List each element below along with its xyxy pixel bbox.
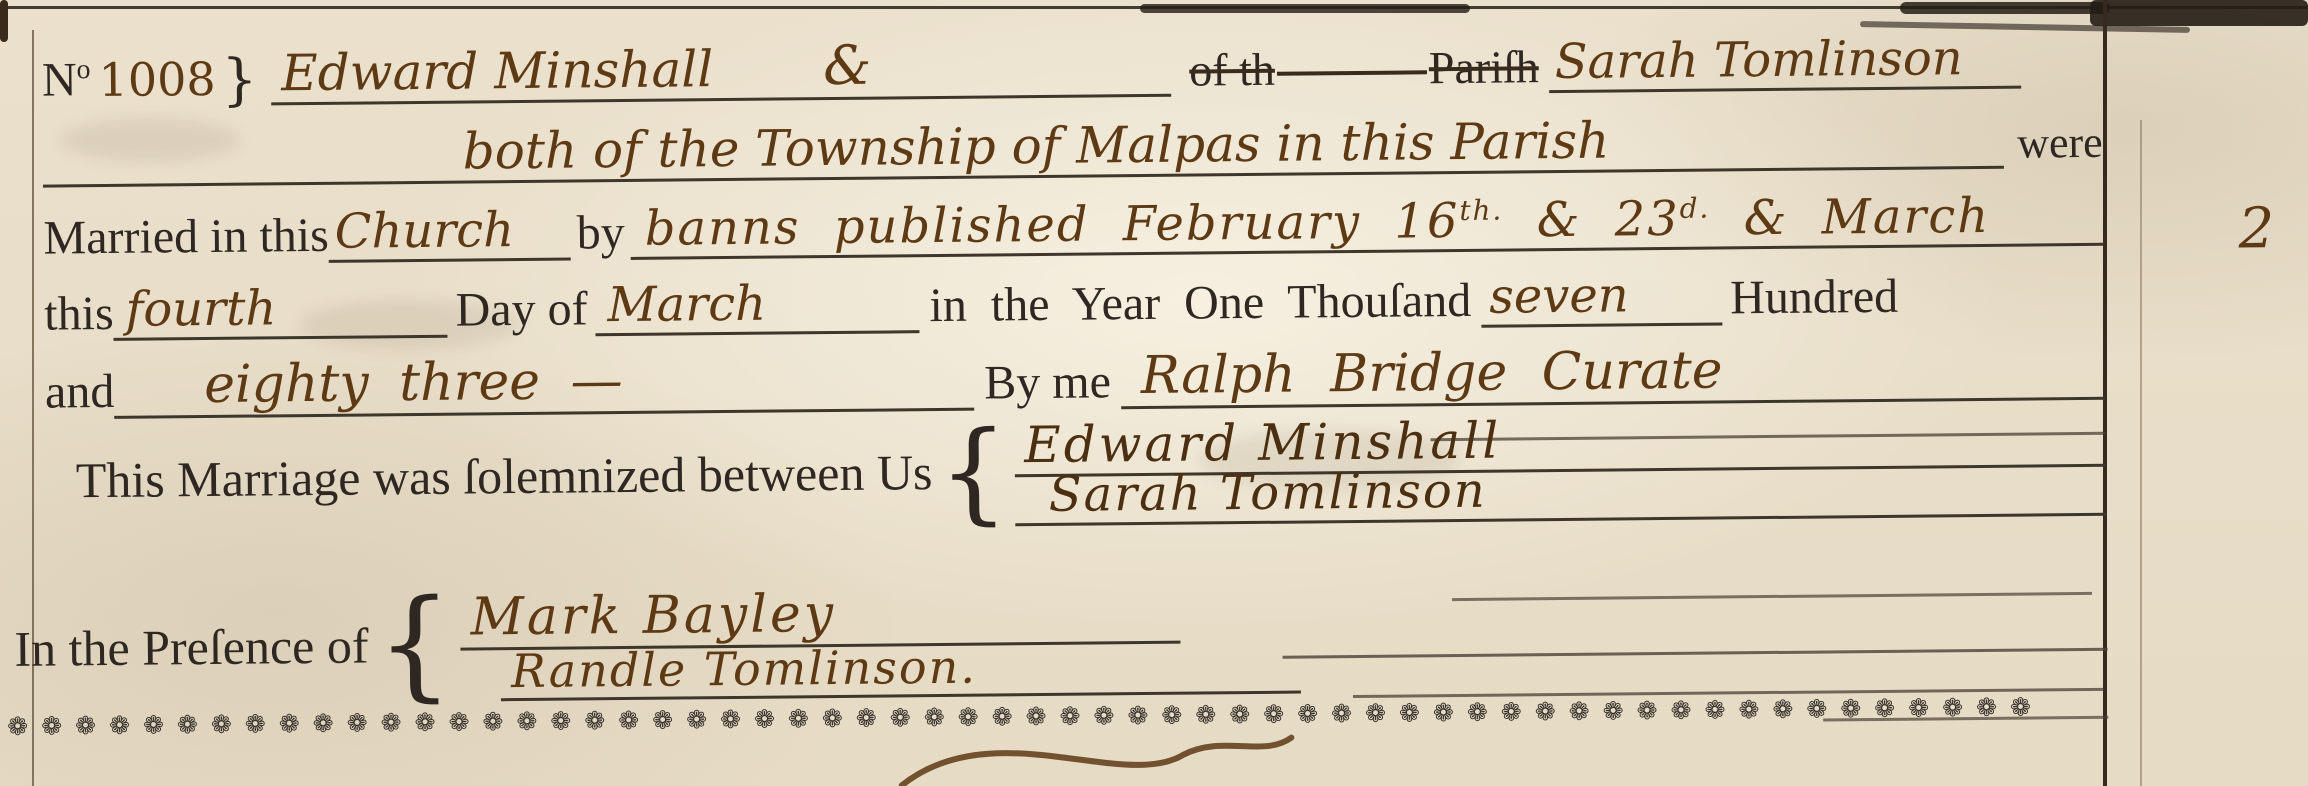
- handwriting-flourish: [883, 724, 1304, 786]
- day-handwriting: fourth: [125, 280, 276, 337]
- banns-text-start: banns published February 16: [644, 193, 1459, 257]
- printed-and: and: [45, 364, 115, 420]
- banns-text-end: & March: [1710, 188, 1990, 247]
- signatures-brace: {: [938, 422, 1009, 522]
- century-blank: seven: [1481, 266, 1723, 327]
- entry-number-sup: o: [76, 54, 90, 85]
- strike-line: [1277, 70, 1427, 75]
- bride-signature: Sarah Tomlinson: [1048, 463, 1487, 523]
- printed-parish-struck: Pariſh: [1429, 40, 1539, 94]
- century-handwriting: seven: [1489, 267, 1629, 324]
- handwriting-flourish-mark: &: [823, 34, 872, 97]
- entry-line-witnesses: In the Preſence of { Mark Bayley Randle …: [14, 578, 1415, 705]
- register-entry: No 1008 } Edward Minshall & of th Pariſh…: [0, 0, 2308, 786]
- printed-by: by: [577, 205, 626, 260]
- witness1-signature: Mark Bayley: [470, 584, 836, 648]
- witness2-signature: Randle Tomlinson.: [511, 640, 977, 698]
- place-handwriting: Church: [334, 202, 514, 260]
- entry-line-names: No 1008 } Edward Minshall & of th Pariſh…: [42, 14, 2103, 108]
- witnesses-brace: {: [376, 591, 453, 700]
- place-blank: Church: [328, 202, 571, 263]
- witness2-blank: Randle Tomlinson.: [501, 637, 1302, 702]
- marriage-register-scan: No 1008 } Edward Minshall & of th Pariſh…: [0, 0, 2308, 786]
- residence-handwriting: both of the Township of Malpas in this P…: [462, 112, 1609, 181]
- bride-name-blank: Sarah Tomlinson: [1548, 30, 2021, 94]
- banns-superscript-th: th.: [1459, 194, 1503, 227]
- couple-signatures: Edward Minshall Sarah Tomlinson: [1014, 406, 2106, 526]
- banns-text-mid: & 23: [1503, 191, 1680, 249]
- bride-name-handwriting: Sarah Tomlinson: [1554, 30, 1963, 90]
- day-blank: fourth: [113, 279, 448, 341]
- blank-rule: [1452, 592, 2092, 601]
- printed-this: this: [44, 286, 114, 342]
- printed-married-in-this: Married in this: [43, 208, 329, 266]
- month-blank: March: [595, 274, 920, 336]
- banns-superscript-d: d.: [1679, 192, 1710, 225]
- entry-number-n: N: [42, 53, 77, 106]
- entry-line-solemnized: This Marriage was ſolemnized between Us …: [75, 406, 2106, 535]
- year-words-blank: eighty three —: [114, 348, 975, 419]
- groom-name-blank: Edward Minshall &: [271, 31, 1172, 106]
- entry-number-brace: }: [221, 55, 257, 106]
- bride-signature-blank: Sarah Tomlinson: [1014, 457, 2106, 526]
- year-words-handwriting: eighty three —: [204, 351, 623, 415]
- witness-signatures: Mark Bayley Randle Tomlinson.: [460, 578, 1415, 701]
- printed-in-the-presence-of: In the Preſence of: [14, 616, 369, 677]
- printed-year-one-thousand: in the Year One Thouſand: [929, 273, 1471, 333]
- banns-date-overflow-digit: 2: [2238, 196, 2274, 261]
- printed-hundred: Hundred: [1730, 269, 1898, 326]
- officiant-blank: Ralph Bridge Curate: [1121, 337, 2106, 409]
- month-handwriting: March: [607, 276, 766, 334]
- groom-name-handwriting: Edward Minshall: [281, 40, 714, 102]
- entry-number-value: 1008: [98, 52, 216, 107]
- printed-were: were: [2017, 117, 2103, 169]
- entry-number-prefix: No: [42, 52, 91, 107]
- printed-solemnized: This Marriage was ſolemnized between Us: [76, 443, 933, 509]
- printed-by-me: By me: [984, 354, 1111, 410]
- officiant-signature: Ralph Bridge Curate: [1141, 340, 1723, 406]
- banns-handwriting: banns published February 16th. & 23d. & …: [644, 188, 1990, 257]
- printed-of-the-struck: of th: [1189, 43, 1275, 97]
- printed-day-of: Day of: [455, 281, 587, 337]
